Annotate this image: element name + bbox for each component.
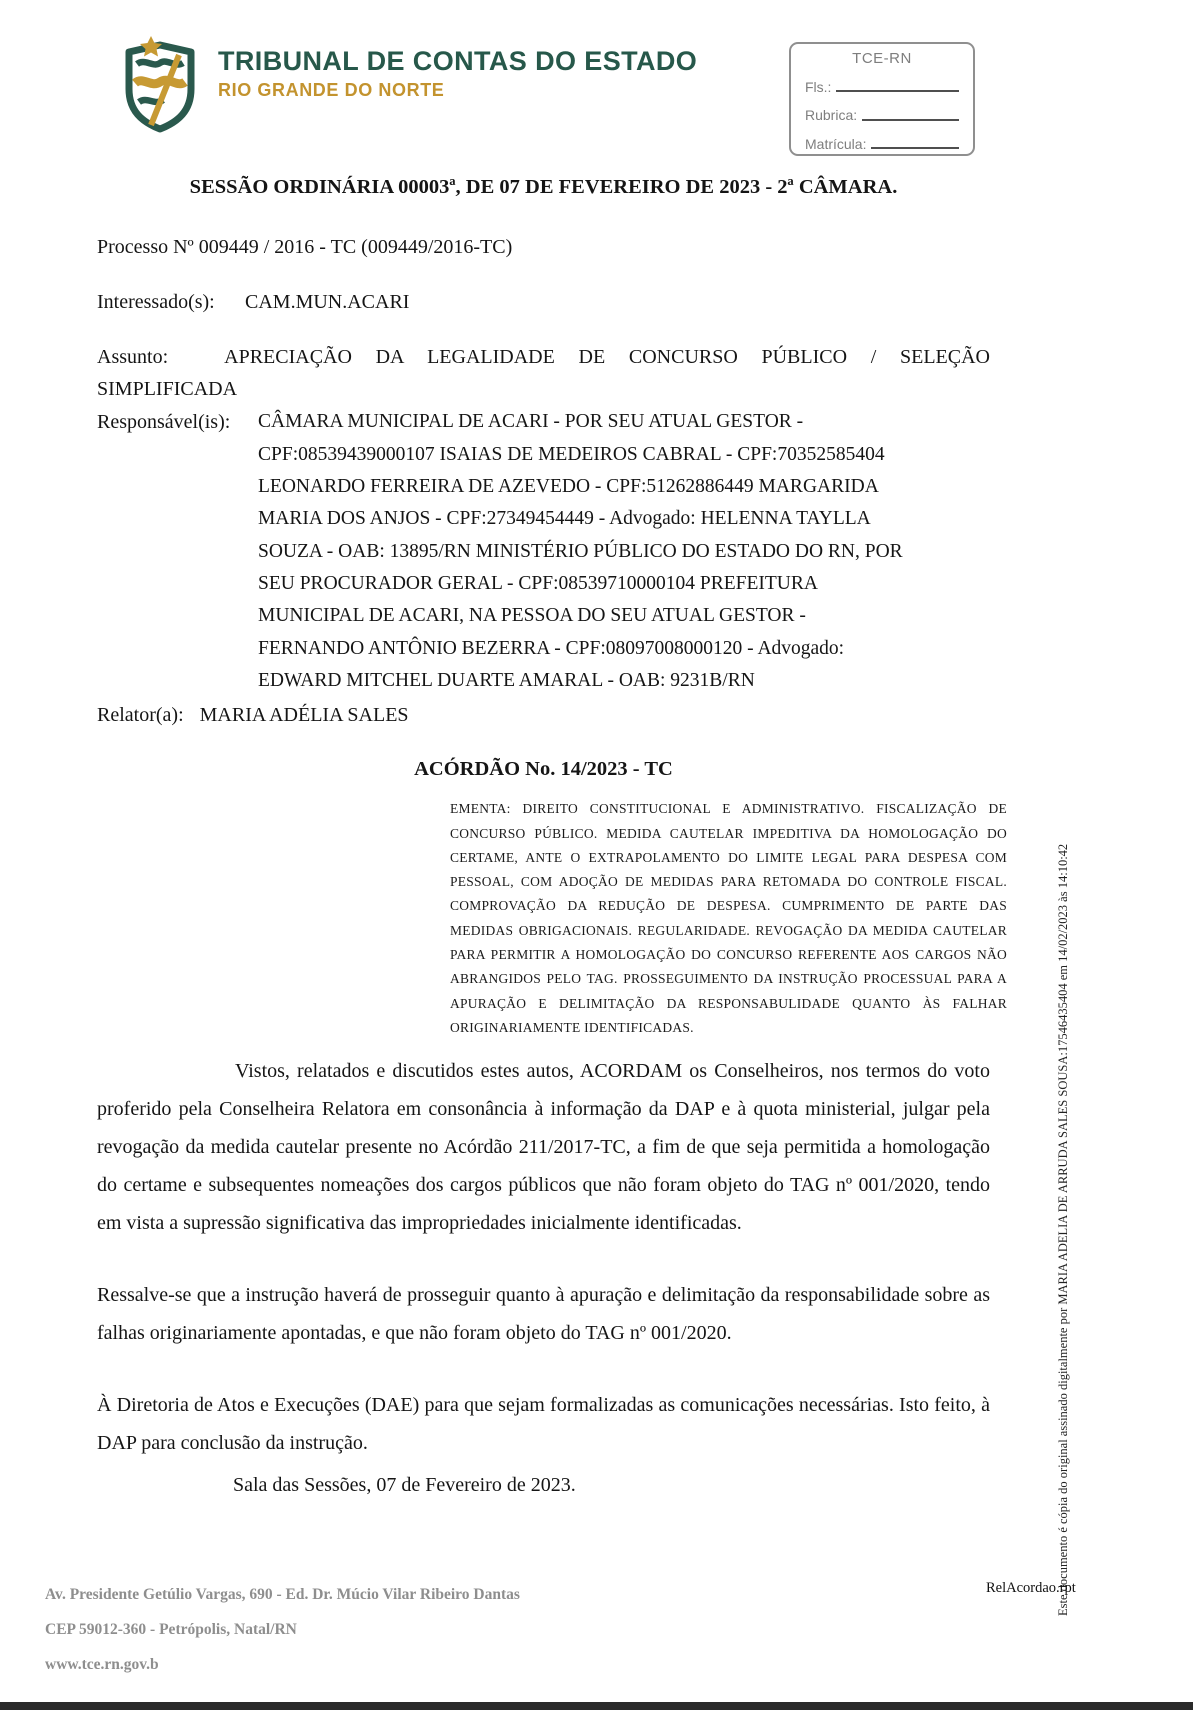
relator-value: MARIA ADÉLIA SALES (200, 699, 409, 732)
matricula-blank-line (871, 147, 959, 149)
footer-address: Av. Presidente Getúlio Vargas, 690 - Ed.… (45, 1578, 520, 1683)
org-subtitle: RIO GRANDE DO NORTE (218, 80, 697, 101)
assunto-row: Assunto:APRECIAÇÃO DA LEGALIDADE DE CONC… (97, 341, 990, 407)
processo-line: Processo Nº 009449 / 2016 - TC (009449/2… (97, 231, 990, 264)
stamp-box: TCE-RN Fls.: Rubrica: Matrícula: (789, 42, 975, 156)
stamp-row-fls: Fls.: (805, 80, 959, 95)
acordao-title: ACÓRDÃO No. 14/2023 - TC (97, 758, 990, 781)
relator-label: Relator(a): (97, 699, 184, 732)
document-body: SESSÃO ORDINÁRIA 00003ª, DE 07 DE FEVERE… (97, 176, 990, 1504)
interessado-label: Interessado(s): (97, 286, 245, 319)
footer-address-line2: CEP 59012-360 - Petrópolis, Natal/RN (45, 1613, 520, 1648)
footer-address-line1: Av. Presidente Getúlio Vargas, 690 - Ed.… (45, 1578, 520, 1613)
assunto-label: Assunto: (97, 346, 168, 368)
session-title: SESSÃO ORDINÁRIA 00003ª, DE 07 DE FEVERE… (97, 176, 990, 199)
fls-blank-line (836, 90, 959, 92)
decision-paragraph-1: Vistos, relatados e discutidos estes aut… (97, 1052, 990, 1242)
interessado-row: Interessado(s): CAM.MUN.ACARI (97, 286, 990, 319)
letterhead: TRIBUNAL DE CONTAS DO ESTADO RIO GRANDE … (122, 36, 697, 136)
matricula-label: Matrícula: (805, 137, 866, 152)
decision-paragraph-3: À Diretoria de Atos e Execuções (DAE) pa… (97, 1386, 990, 1462)
org-name: TRIBUNAL DE CONTAS DO ESTADO (218, 46, 697, 77)
digital-signature-note: Este documento é cópia do original assin… (1056, 826, 1078, 1616)
assunto-value: APRECIAÇÃO DA LEGALIDADE DE CONCURSO PÚB… (97, 346, 990, 401)
stamp-row-matricula: Matrícula: (805, 137, 959, 152)
fls-label: Fls.: (805, 80, 831, 95)
stamp-box-title: TCE-RN (805, 50, 959, 67)
stamp-row-rubrica: Rubrica: (805, 108, 959, 123)
footer-website: www.tce.rn.gov.b (45, 1648, 520, 1683)
interessado-value: CAM.MUN.ACARI (245, 286, 409, 319)
report-file-name: RelAcordao.rpt (986, 1580, 1076, 1597)
tce-shield-logo-icon (122, 36, 198, 136)
ementa-text: EMENTA: DIREITO CONSTITUCIONAL E ADMINIS… (450, 797, 1007, 1040)
responsavel-label: Responsável(is): (97, 406, 258, 697)
document-page: TRIBUNAL DE CONTAS DO ESTADO RIO GRANDE … (0, 0, 1193, 1710)
session-place-date: Sala das Sessões, 07 de Fevereiro de 202… (97, 1466, 990, 1504)
rubrica-blank-line (862, 119, 959, 121)
rubrica-label: Rubrica: (805, 108, 857, 123)
org-titles: TRIBUNAL DE CONTAS DO ESTADO RIO GRANDE … (218, 36, 697, 101)
responsavel-row: Responsável(is): CÂMARA MUNICIPAL DE ACA… (97, 406, 990, 697)
responsavel-value: CÂMARA MUNICIPAL DE ACARI - POR SEU ATUA… (258, 406, 903, 697)
relator-row: Relator(a): MARIA ADÉLIA SALES (97, 699, 990, 732)
decision-paragraph-2: Ressalve-se que a instrução haverá de pr… (97, 1276, 990, 1352)
window-bottom-edge (0, 1702, 1193, 1710)
